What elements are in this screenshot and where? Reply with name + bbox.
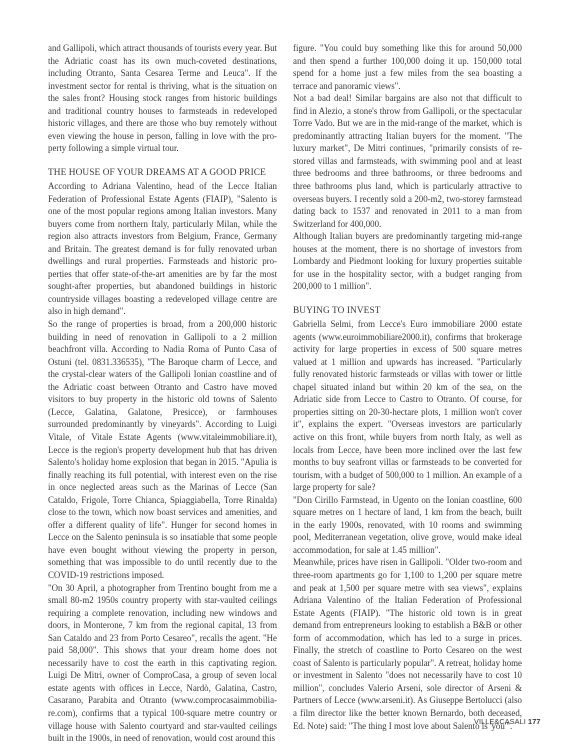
paragraph: Although Italian buyers are predominantl…	[293, 230, 522, 293]
section-heading: THE HOUSE OF YOUR DREAMS AT A GOOD PRICE	[48, 167, 277, 180]
right-column: figure. "You could buy something like th…	[293, 42, 522, 732]
page-number: 177	[528, 717, 540, 726]
paragraph: and Gallipoli, which attract thousands o…	[48, 42, 277, 155]
paragraph: "On 30 April, a photographer from Trenti…	[48, 582, 277, 745]
left-column: and Gallipoli, which attract thousands o…	[48, 42, 277, 745]
paragraph: figure. "You could buy something like th…	[293, 42, 522, 92]
paragraph: Meanwhile, prices have risen in Gallipol…	[293, 556, 522, 732]
paragraph: Not a bad deal! Similar bargains are als…	[293, 92, 522, 230]
paragraph: Gabriella Selmi, from Lecce's Euro immob…	[293, 318, 522, 494]
section-heading: BUYING TO INVEST	[293, 305, 522, 318]
paragraph: According to Adriana Valentino, head of …	[48, 180, 277, 318]
paragraph: "Don Cirillo Farmstead, in Ugento on the…	[293, 494, 522, 557]
magazine-name: VILLE&CASALI	[474, 717, 528, 726]
paragraph: So the range of properties is broad, fro…	[48, 318, 277, 581]
page-footer: VILLE&CASALI 177	[474, 717, 541, 726]
